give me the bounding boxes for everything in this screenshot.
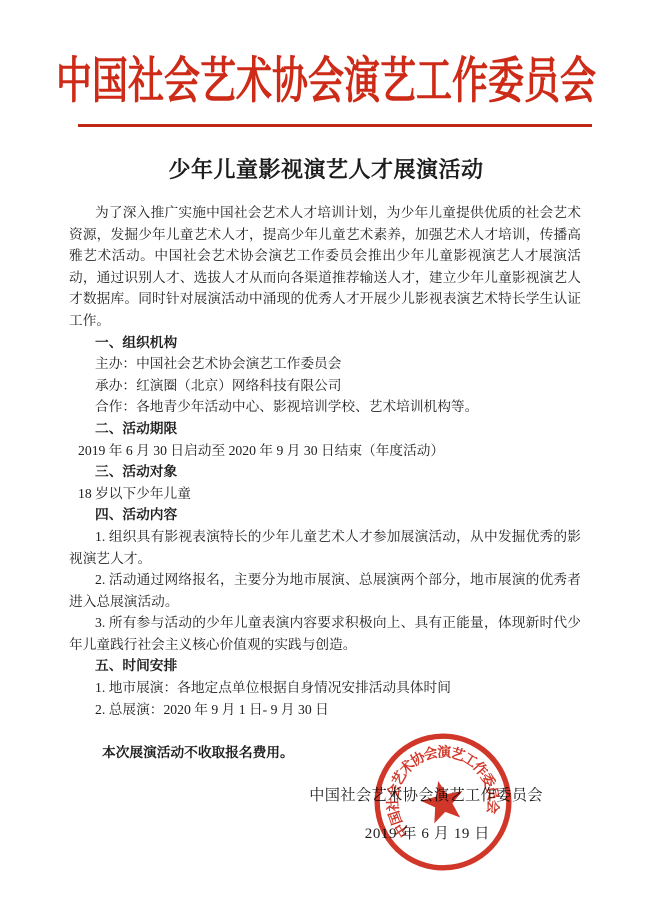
section-4-item: 3. 所有参与活动的少年儿童表演内容要求积极向上、具有正能量，体现新时代少年儿童… (69, 612, 581, 655)
intro-paragraph: 为了深入推广实施中国社会艺术人才培训计划，为少年儿童提供优质的社会艺术资源，发掘… (69, 202, 581, 332)
section-1-item: 主办：中国社会艺术协会演艺工作委员会 (69, 353, 581, 375)
section-5-item: 1. 地市展演：各地定点单位根据自身情况安排活动具体时间 (69, 677, 581, 699)
section-heading-1: 一、组织机构 (69, 332, 581, 354)
document-body: 为了深入推广实施中国社会艺术人才培训计划，为少年儿童提供优质的社会艺术资源，发掘… (69, 202, 581, 763)
document-page: 中国社会艺术协会演艺工作委员会 少年儿童影视演艺人才展演活动 为了深入推广实施中… (0, 0, 652, 923)
letterhead-title-text: 中国社会艺术协会演艺工作委员会 (56, 44, 596, 119)
no-fee-notice: 本次展演活动不收取报名费用。 (69, 742, 581, 764)
section-heading-5: 五、时间安排 (69, 655, 581, 677)
signature-org: 中国社会艺术协会演艺工作委员会 (309, 784, 543, 805)
section-heading-4: 四、活动内容 (69, 504, 581, 526)
section-4-item: 1. 组织具有影视表演特长的少年儿童艺术人才参加展演活动，从中发掘优秀的影视演艺… (69, 526, 581, 569)
section-1-item: 合作：各地青少年活动中心、影视培训学校、艺术培训机构等。 (69, 396, 581, 418)
section-4-item: 2. 活动通过网络报名，主要分为地市展演、总展演两个部分，地市展演的优秀者进入总… (69, 569, 581, 612)
letterhead-divider (78, 124, 592, 127)
section-5-item: 2. 总展演：2020 年 9 月 1 日- 9 月 30 日 (69, 699, 581, 721)
section-1-item: 承办：红演圈（北京）网络科技有限公司 (69, 375, 581, 397)
page-title: 少年儿童影视演艺人才展演活动 (0, 156, 652, 184)
letterhead-title: 中国社会艺术协会演艺工作委员会 (0, 54, 652, 108)
section-3-item: 18 岁以下少年儿童 (69, 483, 581, 505)
section-2-item: 2019 年 6 月 30 日启动至 2020 年 9 月 30 日结束（年度活… (69, 440, 581, 462)
section-heading-2: 二、活动期限 (69, 418, 581, 440)
section-heading-3: 三、活动对象 (69, 461, 581, 483)
signature-date: 2019 年 6 月 19 日 (365, 822, 490, 843)
